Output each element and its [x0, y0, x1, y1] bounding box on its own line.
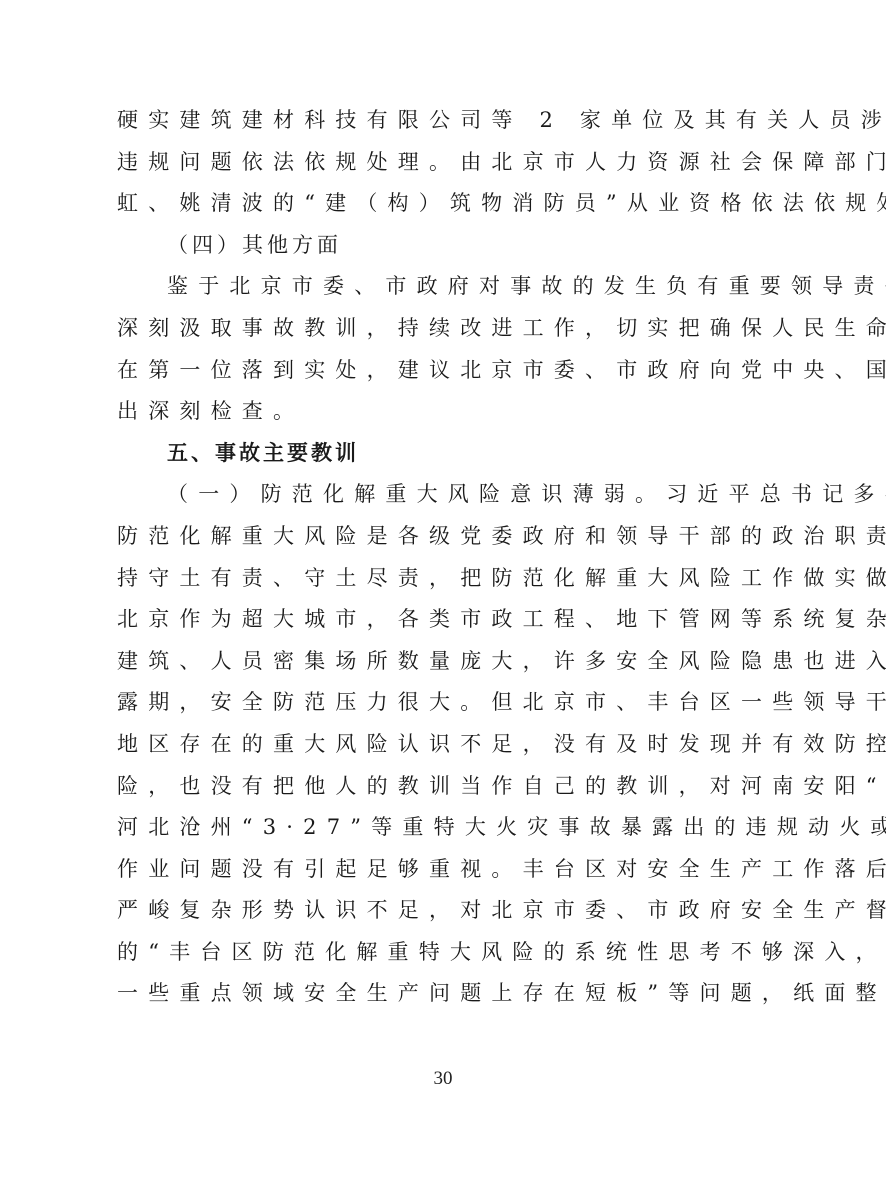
subheading-other-aspects: （四）其他方面: [117, 225, 777, 267]
body-line: 在第一位落到实处，建议北京市委、市政府向党中央、国务院作: [117, 350, 777, 392]
body-line: 的“丰台区防范化解重特大风险的系统性思考不够深入，在破解: [117, 932, 777, 974]
body-line: 北京作为超大城市，各类市政工程、地下管网等系统复杂，高层: [117, 599, 777, 641]
body-line: 出深刻检查。: [117, 391, 777, 433]
body-line: 违规问题依法依规处理。由北京市人力资源社会保障部门对李长: [117, 142, 777, 184]
page-number: 30: [0, 1068, 886, 1090]
body-line: 作业问题没有引起足够重视。丰台区对安全生产工作落后局面和: [117, 849, 777, 891]
body-line: 深刻汲取事故教训，持续改进工作，切实把确保人民生命安全放: [117, 308, 777, 350]
document-body: 硬实建筑建材科技有限公司等 2 家单位及其有关人员涉嫌违法 违规问题依法依规处理…: [117, 100, 777, 1015]
body-line: 一些重点领域安全生产问题上存在短板”等问题，纸面整改，没: [117, 973, 777, 1015]
body-line: （一）防范化解重大风险意识薄弱。习近平总书记多次强调，: [117, 474, 777, 516]
body-line: 建筑、人员密集场所数量庞大，许多安全风险隐患也进入集中暴: [117, 641, 777, 683]
body-line: 硬实建筑建材科技有限公司等 2 家单位及其有关人员涉嫌违法: [117, 100, 777, 142]
body-line: 鉴于北京市委、市政府对事故的发生负有重要领导责任，应: [117, 266, 777, 308]
body-line: 防范化解重大风险是各级党委政府和领导干部的政治职责，要坚: [117, 516, 777, 558]
body-line: 险，也没有把他人的教训当作自己的教训，对河南安阳“11·21”、: [117, 766, 777, 808]
body-line: 河北沧州“3·27”等重特大火灾事故暴露出的违规动火或电焊: [117, 807, 777, 849]
body-line: 虹、姚清波的“建（构）筑物消防员”从业资格依法依规处理。: [117, 183, 777, 225]
body-line: 地区存在的重大风险认识不足，没有及时发现并有效防控重大风: [117, 724, 777, 766]
body-line: 露期，安全防范压力很大。但北京市、丰台区一些领导干部对本: [117, 682, 777, 724]
section-heading-lessons: 五、事故主要教训: [117, 433, 777, 475]
body-line: 持守土有责、守土尽责，把防范化解重大风险工作做实做细做好。: [117, 558, 777, 600]
body-line: 严峻复杂形势认识不足，对北京市委、市政府安全生产督察反馈: [117, 890, 777, 932]
document-page: 硬实建筑建材科技有限公司等 2 家单位及其有关人员涉嫌违法 违规问题依法依规处理…: [0, 0, 886, 1189]
